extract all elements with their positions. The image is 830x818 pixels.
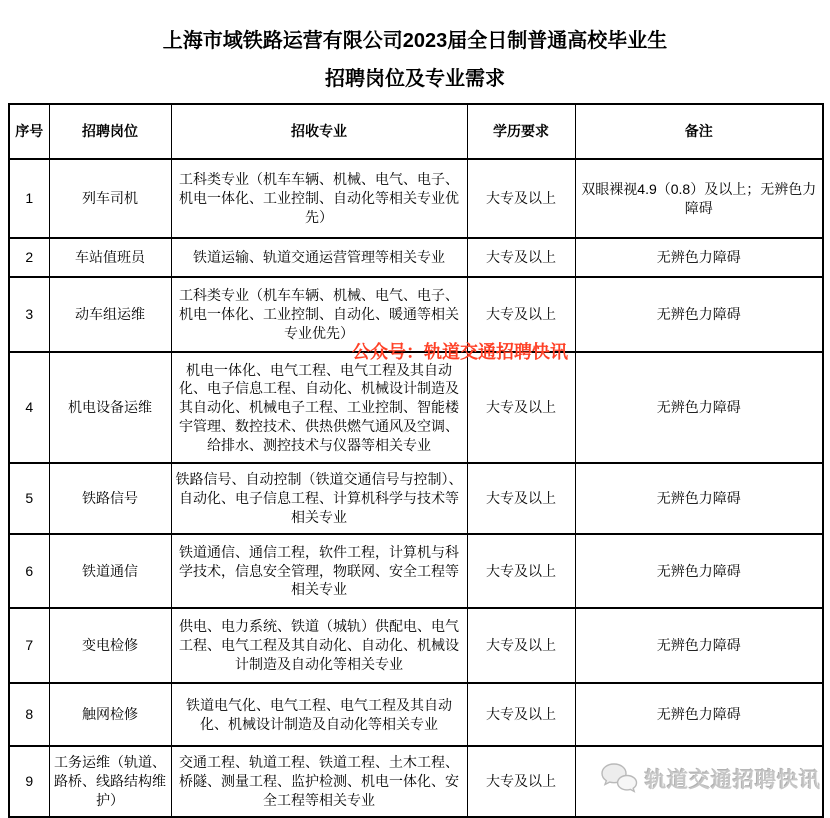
cell-education: 大专及以上	[467, 608, 575, 683]
cell-position: 铁路信号	[49, 463, 171, 534]
gray-watermark-text: 轨道交通招聘快讯	[645, 764, 821, 794]
red-watermark-text: 公众号：轨道交通招聘快讯	[352, 338, 568, 364]
cell-education: 大专及以上	[467, 352, 575, 463]
cell-remarks: 无辨色力障碍	[575, 463, 823, 534]
cell-majors: 铁道电气化、电气工程、电气工程及其自动化、机械设计制造及自动化等相关专业	[171, 683, 467, 746]
cell-remarks: 无辨色力障碍	[575, 608, 823, 683]
cell-remarks: 无辨色力障碍	[575, 238, 823, 277]
cell-remarks: 无辨色力障碍	[575, 277, 823, 352]
header-cell-education: 学历要求	[467, 104, 575, 159]
header-cell-no: 序号	[9, 104, 49, 159]
cell-education: 大专及以上	[467, 159, 575, 238]
cell-majors: 铁道通信、通信工程，软件工程，计算机与科学技术，信息安全管理，物联网、安全工程等…	[171, 534, 467, 608]
cell-no: 3	[9, 277, 49, 352]
table-header-row: 序号 招聘岗位 招收专业 学历要求 备注	[9, 104, 823, 159]
cell-majors: 铁道运输、轨道交通运营管理等相关专业	[171, 238, 467, 277]
page-title-line2: 招聘岗位及专业需求	[0, 60, 830, 98]
table-row: 8 触网检修 铁道电气化、电气工程、电气工程及其自动化、机械设计制造及自动化等相…	[9, 683, 823, 746]
page-title-line1: 上海市域铁路运营有限公司2023届全日制普通高校毕业生	[0, 22, 830, 60]
cell-no: 8	[9, 683, 49, 746]
gray-watermark: 轨道交通招聘快讯	[600, 762, 821, 796]
table-row: 5 铁路信号 铁路信号、自动控制（铁道交通信号与控制）、自动化、电子信息工程、计…	[9, 463, 823, 534]
cell-remarks: 无辨色力障碍	[575, 534, 823, 608]
cell-education: 大专及以上	[467, 746, 575, 817]
page: 上海市域铁路运营有限公司2023届全日制普通高校毕业生 招聘岗位及专业需求 序号…	[0, 0, 830, 818]
cell-position: 机电设备运维	[49, 352, 171, 463]
header-cell-position: 招聘岗位	[49, 104, 171, 159]
cell-position: 动车组运维	[49, 277, 171, 352]
cell-education: 大专及以上	[467, 683, 575, 746]
cell-position: 触网检修	[49, 683, 171, 746]
cell-remarks: 无辨色力障碍	[575, 352, 823, 463]
cell-remarks: 无辨色力障碍	[575, 683, 823, 746]
cell-no: 6	[9, 534, 49, 608]
recruitment-table: 序号 招聘岗位 招收专业 学历要求 备注 1 列车司机 工科类专业（机车车辆、机…	[8, 103, 824, 818]
cell-remarks: 双眼裸视4.9（0.8）及以上；无辨色力障碍	[575, 159, 823, 238]
cell-majors: 铁路信号、自动控制（铁道交通信号与控制）、自动化、电子信息工程、计算机科学与技术…	[171, 463, 467, 534]
cell-position: 车站值班员	[49, 238, 171, 277]
table-row: 1 列车司机 工科类专业（机车车辆、机械、电气、电子、机电一体化、工业控制、自动…	[9, 159, 823, 238]
cell-majors: 工科类专业（机车车辆、机械、电气、电子、机电一体化、工业控制、自动化等相关专业优…	[171, 159, 467, 238]
table-row: 7 变电检修 供电、电力系统、铁道（城轨）供配电、电气工程、电气工程及其自动化、…	[9, 608, 823, 683]
cell-education: 大专及以上	[467, 238, 575, 277]
cell-majors: 交通工程、轨道工程、铁道工程、土木工程、桥隧、测量工程、监护检测、机电一体化、安…	[171, 746, 467, 817]
cell-majors: 机电一体化、电气工程、电气工程及其自动化、电子信息工程、自动化、机械设计制造及其…	[171, 352, 467, 463]
cell-position: 变电检修	[49, 608, 171, 683]
cell-position: 铁道通信	[49, 534, 171, 608]
header-cell-remarks: 备注	[575, 104, 823, 159]
page-title: 上海市域铁路运营有限公司2023届全日制普通高校毕业生 招聘岗位及专业需求	[0, 22, 830, 98]
cell-position: 列车司机	[49, 159, 171, 238]
cell-no: 9	[9, 746, 49, 817]
table-row: 2 车站值班员 铁道运输、轨道交通运营管理等相关专业 大专及以上 无辨色力障碍	[9, 238, 823, 277]
cell-education: 大专及以上	[467, 463, 575, 534]
table-row: 6 铁道通信 铁道通信、通信工程，软件工程，计算机与科学技术，信息安全管理，物联…	[9, 534, 823, 608]
cell-position: 工务运维（轨道、路桥、线路结构维护）	[49, 746, 171, 817]
cell-majors: 供电、电力系统、铁道（城轨）供配电、电气工程、电气工程及其自动化、自动化、机械设…	[171, 608, 467, 683]
header-cell-majors: 招收专业	[171, 104, 467, 159]
cell-no: 5	[9, 463, 49, 534]
cell-education: 大专及以上	[467, 534, 575, 608]
cell-no: 7	[9, 608, 49, 683]
table-row: 4 机电设备运维 机电一体化、电气工程、电气工程及其自动化、电子信息工程、自动化…	[9, 352, 823, 463]
cell-no: 2	[9, 238, 49, 277]
cell-no: 1	[9, 159, 49, 238]
cell-no: 4	[9, 352, 49, 463]
chat-bubbles-logo-icon	[600, 762, 638, 796]
